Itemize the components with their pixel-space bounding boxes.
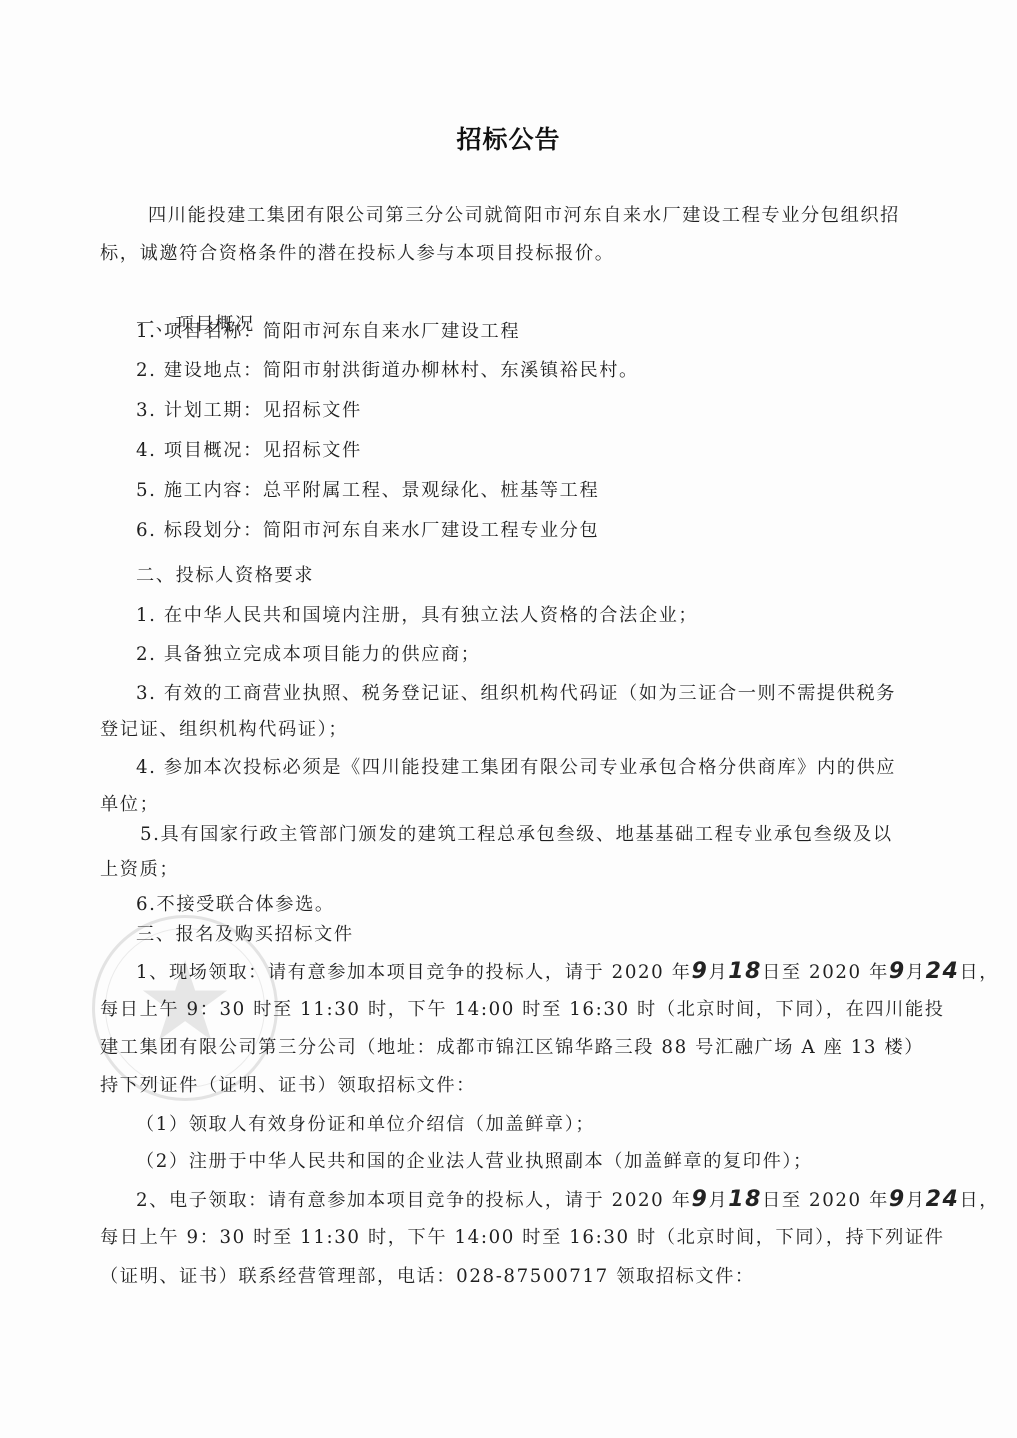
handwritten-month-end: 9 bbox=[889, 1187, 906, 1212]
handwritten-day-start: 18 bbox=[728, 1187, 762, 1212]
intro-line-2: 标，诚邀符合资格条件的潜在投标人参与本项目投标报价。 bbox=[100, 242, 614, 266]
document-page: ★ 招标公告 四川能投建工集团有限公司第三分公司就简阳市河东自来水厂建设工程专业… bbox=[0, 0, 1017, 1438]
qualification-line-6: 6.不接受联合体参选。 bbox=[136, 893, 335, 917]
qualification-line-3b: 登记证、组织机构代码证）； bbox=[100, 718, 348, 742]
project-overview-item: 4. 项目概况：见招标文件 bbox=[136, 439, 362, 463]
handwritten-day-end: 24 bbox=[926, 959, 960, 984]
onsite-pickup-line: 1、现场领取：请有意参加本项目竞争的投标人，请于 2020 年9月18日至 20… bbox=[136, 960, 999, 985]
project-location-item: 2. 建设地点：简阳市射洪街道办柳林村、东溪镇裕民村。 bbox=[136, 359, 639, 383]
electronic-pickup-line: 2、电子领取：请有意参加本项目竞争的投标人，请于 2020 年9月18日至 20… bbox=[136, 1188, 999, 1213]
qualification-line-4: 4. 参加本次投标必须是《四川能投建工集团有限公司专业承包合格分供商库》内的供应 bbox=[136, 756, 896, 780]
section-2-heading: 二、投标人资格要求 bbox=[136, 564, 314, 588]
electronic-hours-line: 每日上午 9：30 时至 11:30 时，下午 14:00 时至 16:30 时… bbox=[100, 1226, 945, 1250]
electronic-contact-line: （证明、证书）联系经营管理部，电话：028-87500717 领取招标文件： bbox=[100, 1265, 755, 1289]
construction-content-item: 5. 施工内容：总平附属工程、景观绿化、桩基等工程 bbox=[136, 479, 599, 503]
onsite-address-line: 建工集团有限公司第三分公司（地址：成都市锦江区锦华路三段 88 号汇融广场 A … bbox=[100, 1036, 924, 1060]
handwritten-month-end: 9 bbox=[889, 959, 906, 984]
onsite-hours-line: 每日上午 9：30 时至 11:30 时，下午 14:00 时至 16:30 时… bbox=[100, 998, 945, 1022]
qualification-line-3: 3. 有效的工商营业执照、税务登记证、组织机构代码证（如为三证合一则不需提供税务 bbox=[136, 682, 896, 706]
qualification-line-5: 5.具有国家行政主管部门颁发的建筑工程总承包叁级、地基基础工程专业承包叁级及以 bbox=[140, 823, 893, 847]
qualification-line-1: 1. 在中华人民共和国境内注册，具有独立法人资格的合法企业； bbox=[136, 604, 698, 628]
intro-line-1: 四川能投建工集团有限公司第三分公司就简阳市河东自来水厂建设工程专业分包组织招 bbox=[148, 204, 900, 228]
required-doc-1: （1）领取人有效身份证和单位介绍信（加盖鲜章）； bbox=[136, 1113, 595, 1137]
onsite-documents-line: 持下列证件（证明、证书）领取招标文件： bbox=[100, 1074, 476, 1098]
handwritten-day-start: 18 bbox=[728, 959, 762, 984]
qualification-line-4b: 单位； bbox=[100, 793, 159, 817]
handwritten-month-start: 9 bbox=[692, 959, 709, 984]
required-doc-2: （2）注册于中华人民共和国的企业法人营业执照副本（加盖鲜章的复印件）； bbox=[136, 1150, 813, 1174]
qualification-line-5b: 上资质； bbox=[100, 858, 179, 882]
section-division-item: 6. 标段划分：简阳市河东自来水厂建设工程专业分包 bbox=[136, 519, 599, 543]
handwritten-month-start: 9 bbox=[692, 1187, 709, 1212]
document-title: 招标公告 bbox=[0, 120, 1017, 156]
qualification-line-2: 2. 具备独立完成本项目能力的供应商； bbox=[136, 643, 481, 667]
project-schedule-item: 3. 计划工期：见招标文件 bbox=[136, 399, 362, 423]
section-3-heading: 三、报名及购买招标文件 bbox=[136, 923, 354, 947]
project-name-item: 1. 项目名称：简阳市河东自来水厂建设工程 bbox=[136, 320, 520, 344]
handwritten-day-end: 24 bbox=[926, 1187, 960, 1212]
